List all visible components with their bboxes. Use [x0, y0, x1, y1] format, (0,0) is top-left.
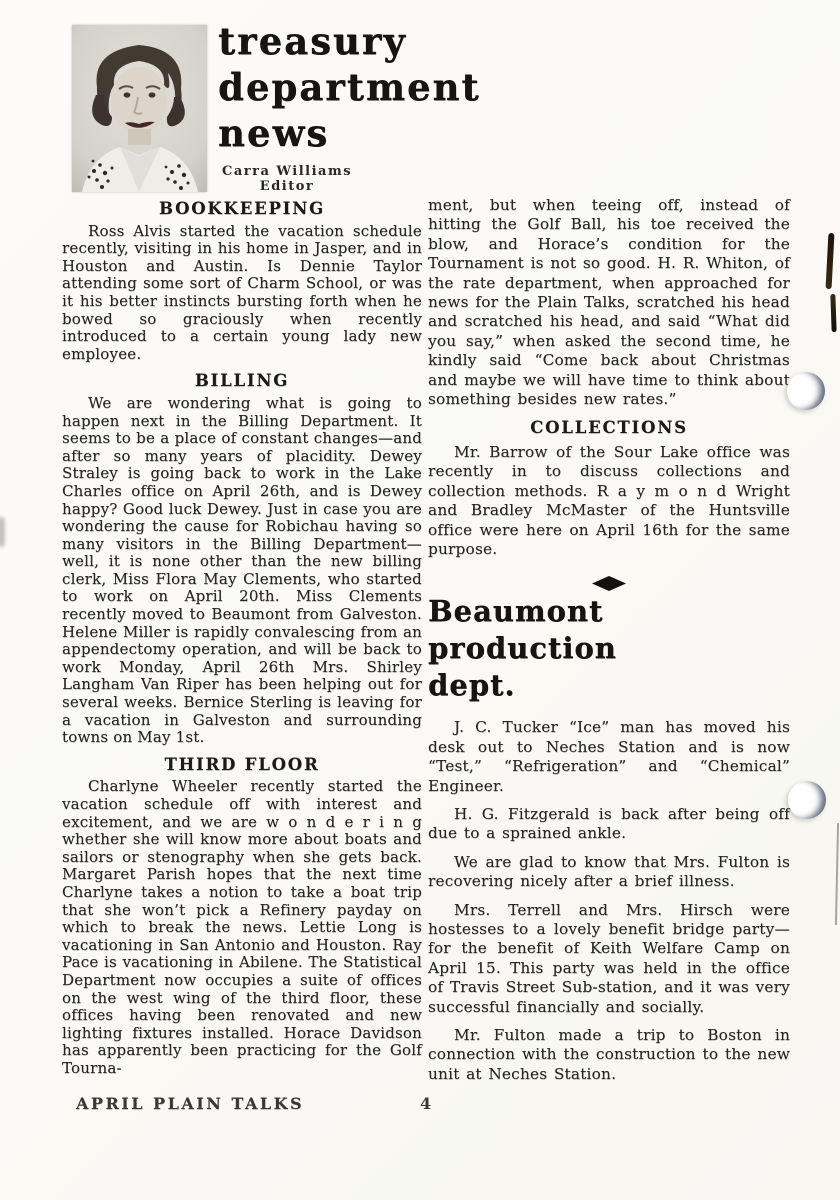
editor-role: Editor	[222, 179, 352, 194]
newsletter-section-title: treasurydepartmentnews	[218, 18, 481, 156]
title-line: treasury	[218, 18, 481, 64]
portrait-photo-image	[72, 25, 207, 192]
page-footer: APRIL PLAIN TALKS 4	[62, 1094, 782, 1118]
scanned-newsletter-page: treasurydepartmentnews Carra WilliamsEdi…	[0, 0, 840, 1200]
binding-ink-mark	[830, 294, 836, 332]
page-number: 4	[420, 1094, 431, 1113]
beaumont-production-dept-heading: Beaumontproductiondept.	[428, 593, 790, 704]
section-divider	[428, 573, 790, 587]
dept-heading-line: Beaumont	[428, 593, 790, 630]
paragraph-tucker: J. C. Tucker “Ice” man has moved his des…	[428, 718, 790, 796]
paragraph-collections: Mr. Barrow of the Sour Lake office was r…	[428, 443, 790, 559]
paragraph-third-floor-continuation: ment, but when teeing off, instead of hi…	[428, 196, 790, 409]
paragraph-bookkeeping: Ross Alvis started the vacation schedule…	[62, 223, 422, 364]
paragraph-bridge-party: Mrs. Terrell and Mrs. Hirsch were hostes…	[428, 901, 790, 1017]
section-heading-billing: BILLING	[62, 372, 422, 390]
binding-ink-mark	[826, 233, 835, 289]
title-line: department	[218, 64, 481, 110]
journal-title: APRIL PLAIN TALKS	[76, 1094, 304, 1113]
paragraph-third-floor: Charlyne Wheeler recently started the va…	[62, 778, 422, 1077]
paragraph-billing: We are wondering what is going to happen…	[62, 395, 422, 747]
title-line: news	[218, 110, 481, 156]
editor-portrait-photo	[72, 25, 207, 192]
section-heading-collections: COLLECTIONS	[428, 418, 790, 437]
diamond-ornament-icon	[592, 576, 626, 591]
dept-heading-line: dept.	[428, 667, 790, 704]
paragraph-fulton-recovery: We are glad to know that Mrs. Fulton is …	[428, 853, 790, 892]
page-edge-line	[835, 823, 839, 925]
left-column: BOOKKEEPING Ross Alvis started the vacat…	[62, 200, 422, 1078]
masthead: treasurydepartmentnews Carra WilliamsEdi…	[62, 18, 782, 198]
dept-heading-line: production	[428, 630, 790, 667]
paragraph-fitzgerald: H. G. Fitzgerald is back after being off…	[428, 805, 790, 844]
scan-smudge	[0, 517, 5, 547]
editor-byline: Carra WilliamsEditor	[222, 164, 352, 194]
editor-name: Carra Williams	[222, 164, 352, 179]
section-heading-third-floor: THIRD FLOOR	[62, 756, 422, 774]
right-column: ment, but when teeing off, instead of hi…	[428, 196, 790, 1093]
section-heading-bookkeeping: BOOKKEEPING	[62, 200, 422, 218]
punch-hole	[788, 781, 826, 819]
paragraph-fulton-boston: Mr. Fulton made a trip to Boston in conn…	[428, 1026, 790, 1084]
punch-hole	[787, 372, 825, 410]
